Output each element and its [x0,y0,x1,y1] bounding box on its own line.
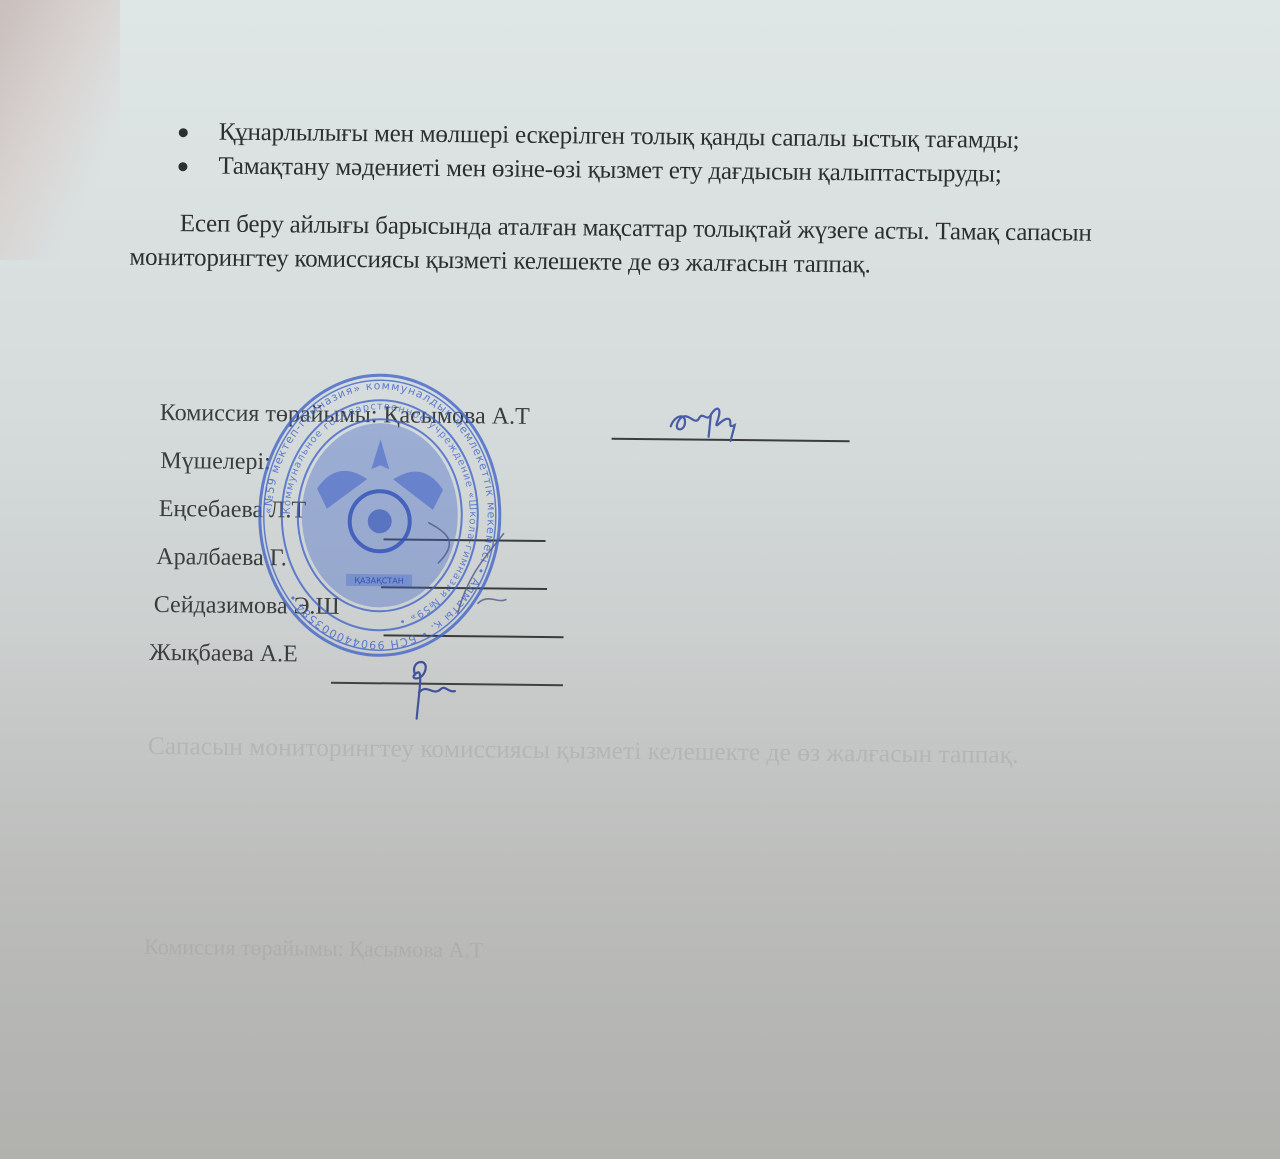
member-name: Еңсебаева Л.Т [159,496,307,525]
member-signature-row: Сейдазимова Э.Ш [153,592,877,648]
list-item-text: Құнарлылығы мен мөлшері ескерілген толық… [219,119,1020,154]
document-page: Құнарлылығы мен мөлшері ескерілген толық… [0,0,1280,1159]
chair-signature-row: Комиссия төрайымы: Қасымова А.Т [159,400,879,456]
signature-block: Комиссия төрайымы: Қасымова А.Т Мүшелері… [157,400,880,696]
signature-line [381,586,547,589]
bullet-icon [178,162,187,171]
member-name: Аралбаева Г. [156,544,287,572]
signature-line [331,682,563,686]
conclusion-paragraph: Есеп беру айлығы барысында аталған мақса… [129,207,1170,286]
bleed-through-text: Комиссия төрайымы: Қасымова А.Т [144,930,483,968]
member-name: Жықбаева А.Е [149,640,298,669]
signature-line [384,634,564,637]
list-item-text: Тамақтану мәдениеті мен өзіне-өзі қызмет… [218,153,1001,188]
members-label: Мүшелері: [160,448,271,476]
goals-list: Құнарлылығы мен мөлшері ескерілген толық… [172,115,1193,194]
signature-line [612,438,850,442]
bullet-icon [179,128,188,137]
member-signature-row: Аралбаева Г. [156,544,878,600]
bleed-through-text: Сапасын мониторингтеу комиссиясы қызметі… [148,730,1019,773]
member-signature-row: Жықбаева А.Е [149,640,877,696]
member-name: Сейдазимова Э.Ш [154,592,340,621]
chair-name: Комиссия төрайымы: Қасымова А.Т [160,400,530,431]
members-label-row: Мүшелері: [160,448,879,504]
signature-line [384,538,546,541]
member-signature-row: Еңсебаева Л.Т [158,496,878,552]
